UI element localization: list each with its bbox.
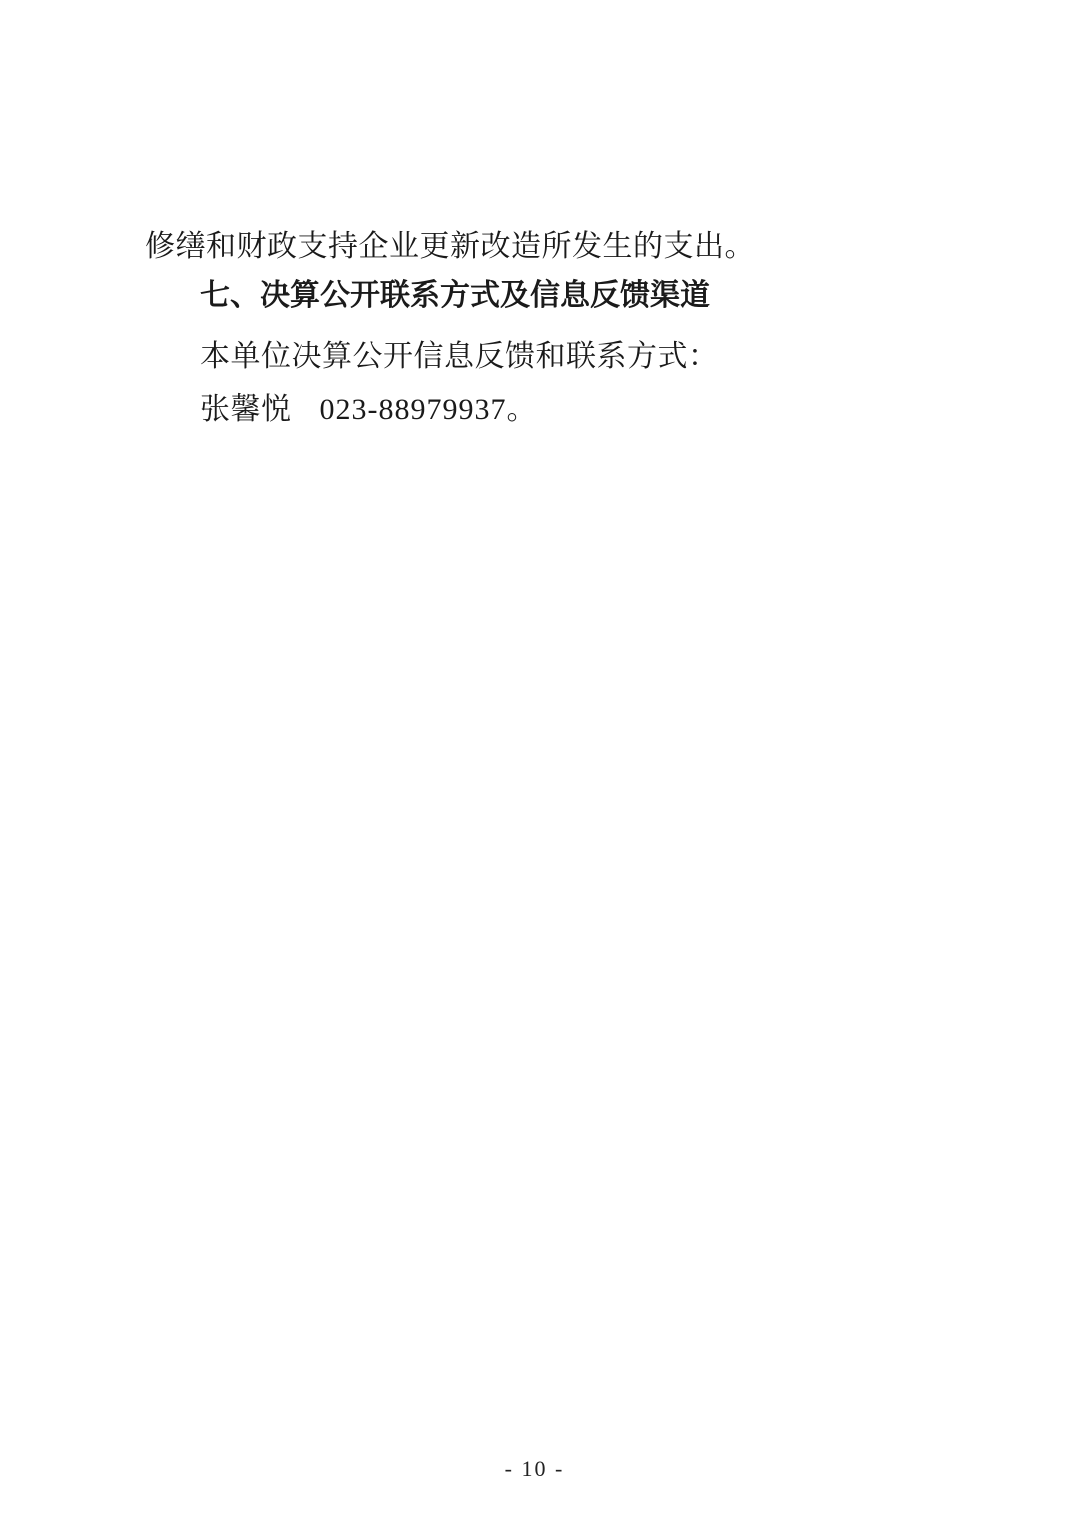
contact-name: 张馨悦 — [200, 393, 292, 426]
section-heading: 七、决算公开联系方式及信息反馈渠道 — [200, 277, 710, 315]
contact-phone: 023-88979937。 — [320, 393, 538, 426]
contact-line: 张馨悦023-88979937。 — [200, 391, 538, 429]
contact-intro-line: 本单位决算公开信息反馈和联系方式： — [200, 338, 719, 376]
page-number: - 10 - — [0, 1456, 1069, 1482]
document-page: 修缮和财政支持企业更新改造所发生的支出。 七、决算公开联系方式及信息反馈渠道 本… — [0, 0, 1069, 1515]
paragraph-continuation: 修缮和财政支持企业更新改造所发生的支出。 — [145, 228, 755, 266]
